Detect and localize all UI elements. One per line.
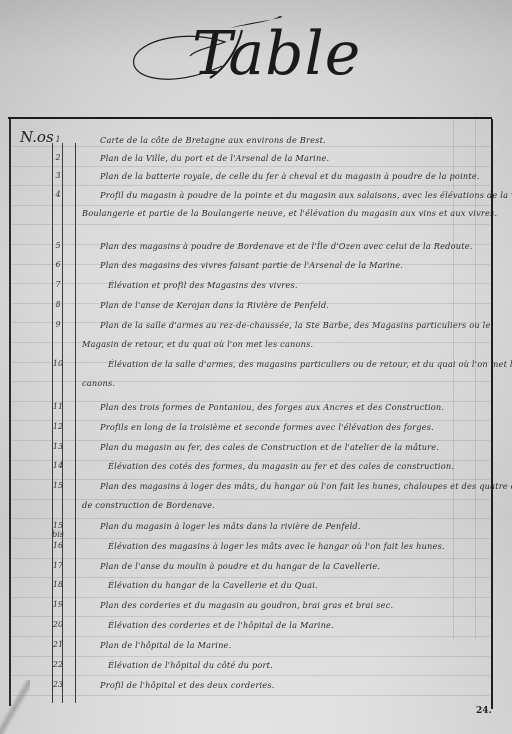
- ruled-line: [12, 538, 490, 539]
- entry-number: 14: [52, 461, 64, 470]
- ruled-line: [12, 244, 490, 245]
- entry-description: Profil du magasin à poudre de la pointe …: [100, 190, 512, 200]
- entry-number: 11: [52, 402, 64, 411]
- entry-number: 23: [52, 680, 64, 689]
- entry-description: Élévation de l'hôpital du côté du port.: [108, 660, 273, 670]
- entry-number: 20: [52, 620, 64, 629]
- entry-number: 7: [52, 280, 64, 289]
- table-row: 18Élévation du hangar de la Cavellerie e…: [0, 576, 512, 596]
- entry-number: 1: [52, 135, 64, 144]
- ruled-line: [12, 264, 490, 265]
- entry-description: Plan de la Ville, du port et de l'Arsena…: [100, 153, 329, 163]
- ruled-line: [12, 460, 490, 461]
- ruled-line: [12, 362, 490, 363]
- table-row: 21Plan de l'hôpital de la Marine.: [0, 636, 512, 656]
- ruled-line: [12, 224, 490, 225]
- table-row: 16Élévation des magasins à loger les mât…: [0, 537, 512, 557]
- table-row: 23Profil de l'hôpital et des deux corder…: [0, 676, 512, 696]
- entry-description-continuation: Magasin de retour, et du quai où l'on me…: [82, 339, 313, 349]
- table-row-continuation: canons.: [0, 374, 512, 394]
- entry-description: Élévation des cotés des formes, du magas…: [108, 461, 454, 471]
- entry-description: Élévation des magasins à loger les mâts …: [108, 541, 445, 551]
- entry-number: 3: [52, 171, 64, 180]
- table-row: 17Plan de l'anse du moulin à poudre et d…: [0, 557, 512, 577]
- entry-number: 18: [52, 580, 64, 589]
- entry-description: Élévation des corderies et de l'hôpital …: [108, 620, 334, 630]
- entry-description: Plan de l'hôpital de la Marine.: [100, 640, 231, 650]
- entry-number: 2: [52, 153, 64, 162]
- entry-number: 5: [52, 241, 64, 250]
- ruled-line: [12, 381, 490, 382]
- ruled-line: [12, 283, 490, 284]
- entry-description-continuation: Boulangerie et partie de la Boulangerie …: [82, 208, 497, 218]
- entry-description: Plan de l'anse de Kerojan dans la Rivièr…: [100, 300, 329, 310]
- entry-number: 8: [52, 300, 64, 309]
- table-row: 8Plan de l'anse de Kerojan dans la Riviè…: [0, 296, 512, 316]
- entry-description: Plan des magasins des vivres faisant par…: [100, 260, 403, 270]
- entry-description: Plan du magasin au fer, des cales de Con…: [100, 442, 439, 452]
- table-row: 4Profil du magasin à poudre de la pointe…: [0, 186, 512, 206]
- table-row: 1Carte de la côte de Bretagne aux enviro…: [0, 131, 512, 151]
- ruled-line: [12, 636, 490, 637]
- ruled-line: [12, 695, 490, 696]
- table-row-continuation: Magasin de retour, et du quai où l'on me…: [0, 335, 512, 355]
- entry-description: Carte de la côte de Bretagne aux environ…: [100, 135, 326, 145]
- entry-description: Plan du magasin à loger les mâts dans la…: [100, 521, 361, 531]
- entry-number: 10: [52, 359, 64, 368]
- ruled-line: [12, 656, 490, 657]
- ruled-line: [12, 185, 490, 186]
- table-row: 10Élévation de la salle d'armes, des mag…: [0, 355, 512, 375]
- table-row: 12Profils en long de la troisième et sec…: [0, 418, 512, 438]
- ruled-line: [12, 558, 490, 559]
- entry-description-continuation: canons.: [82, 378, 115, 388]
- entry-description: Plan des magasins à loger des mâts, du h…: [100, 481, 512, 491]
- table-row: 13Plan du magasin au fer, des cales de C…: [0, 438, 512, 458]
- ruled-line: [12, 146, 490, 147]
- ruled-line: [12, 420, 490, 421]
- entry-number: 21: [52, 640, 64, 649]
- ruled-line: [12, 675, 490, 676]
- entry-number: 4: [52, 190, 64, 199]
- entry-description-continuation: de construction de Bordenave.: [82, 500, 215, 510]
- ruled-line: [12, 479, 490, 480]
- entry-description: Plan de l'anse du moulin à poudre et du …: [100, 561, 380, 571]
- entry-number: 13: [52, 442, 64, 451]
- entry-description: Élévation du hangar de la Cavellerie et …: [108, 580, 318, 590]
- ruled-line: [12, 322, 490, 323]
- entry-description: Plan des corderies et du magasin au goud…: [100, 600, 393, 610]
- table-row: 9Plan de la salle d'armes au rez-de-chau…: [0, 316, 512, 336]
- entry-description: Plan de la batterie royale, de celle du …: [100, 171, 480, 181]
- table-row: 7Élévation et profil des Magasins des vi…: [0, 276, 512, 296]
- title-text: Table: [192, 24, 361, 84]
- entry-number: 12: [52, 422, 64, 431]
- ruled-line: [12, 518, 490, 519]
- page-edge-mark: [0, 680, 30, 734]
- page-title: Table: [130, 8, 370, 88]
- table-row: 5Plan des magasins à poudre de Bordenave…: [0, 237, 512, 257]
- entry-number: 22: [52, 660, 64, 669]
- ruled-line: [12, 342, 490, 343]
- ruled-line: [12, 440, 490, 441]
- table-row: 15 bisPlan du magasin à loger les mâts d…: [0, 517, 512, 537]
- page-number: 24.: [476, 706, 492, 716]
- table-row: 6Plan des magasins des vivres faisant pa…: [0, 256, 512, 276]
- entry-description: Profils en long de la troisième et secon…: [100, 422, 434, 432]
- entry-description: Élévation et profil des Magasins des viv…: [108, 280, 298, 290]
- ruled-line: [12, 303, 490, 304]
- entry-number: 15: [52, 481, 64, 490]
- entry-number: 19: [52, 600, 64, 609]
- entry-description: Élévation de la salle d'armes, des magas…: [108, 359, 512, 369]
- table-row: 3Plan de la batterie royale, de celle du…: [0, 167, 512, 187]
- entry-description: Plan des trois formes de Pontaniou, des …: [100, 402, 444, 412]
- entry-number: 16: [52, 541, 64, 550]
- table-row: 15Plan des magasins à loger des mâts, du…: [0, 477, 512, 497]
- table-row: 22Élévation de l'hôpital du côté du port…: [0, 656, 512, 676]
- table-row: 20Élévation des corderies et de l'hôpita…: [0, 616, 512, 636]
- ruled-line: [12, 616, 490, 617]
- ruled-line: [12, 166, 490, 167]
- entry-description: Plan des magasins à poudre de Bordenave …: [100, 241, 473, 251]
- table-row: 19Plan des corderies et du magasin au go…: [0, 596, 512, 616]
- table-row-continuation: Boulangerie et partie de la Boulangerie …: [0, 204, 512, 224]
- ruled-line: [12, 401, 490, 402]
- ruled-line: [12, 597, 490, 598]
- ruled-line: [12, 499, 490, 500]
- entry-description: Profil de l'hôpital et des deux corderie…: [100, 680, 275, 690]
- ruled-line: [12, 577, 490, 578]
- entry-number: 17: [52, 561, 64, 570]
- ruled-line: [12, 205, 490, 206]
